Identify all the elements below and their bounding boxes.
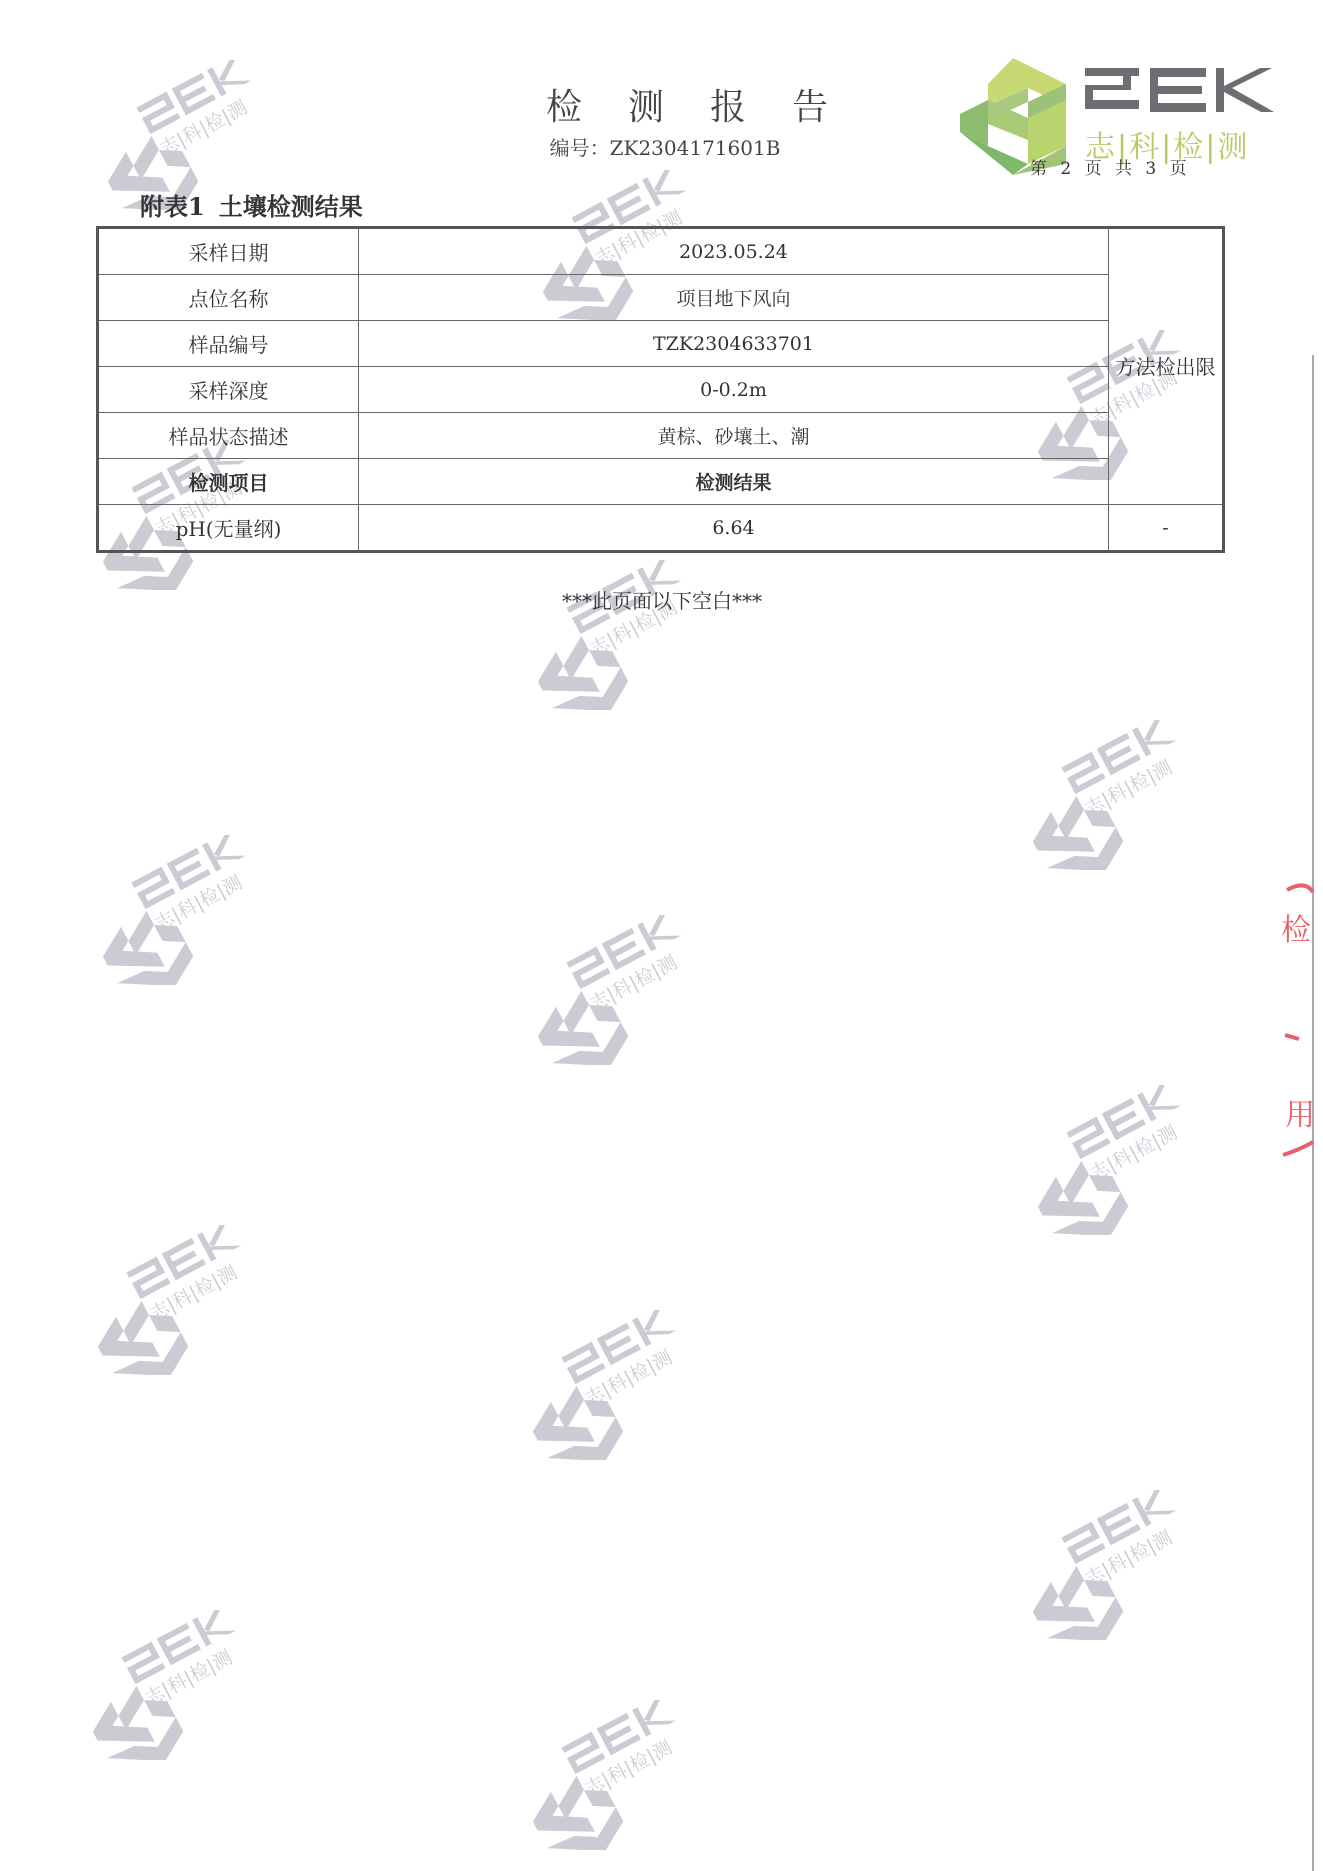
- zek-watermark-icon: 志|科|检|测: [515, 915, 715, 1065]
- table-caption: 附表1土壤检测结果: [140, 191, 363, 223]
- zek-watermark-icon: 志|科|检|测: [510, 1310, 710, 1460]
- table-row: 样品状态描述 黄棕、砂壤土、潮: [98, 413, 1224, 459]
- zek-watermark-icon: 志|科|检|测: [75, 1225, 275, 1375]
- svg-text:志|科|检|测: 志|科|检|测: [147, 1261, 241, 1325]
- mdl-header: 方法检出限: [1109, 228, 1224, 505]
- zek-watermark-icon: 志|科|检|测: [70, 1610, 270, 1760]
- svg-text:志|科|检|测: 志|科|检|测: [587, 951, 681, 1015]
- row-label: 样品编号: [98, 321, 359, 367]
- row-value: 2023.05.24: [359, 228, 1109, 275]
- report-number-value: ZK2304171601B: [610, 136, 781, 160]
- zek-watermark-icon: 志|科|检|测: [510, 1700, 710, 1850]
- result-item: pH(无量纲): [98, 505, 359, 552]
- report-number: 编号：ZK2304171601B: [520, 134, 810, 162]
- table-caption-text: 土壤检测结果: [219, 192, 363, 221]
- header-item: 检测项目: [98, 459, 359, 505]
- svg-text:志|科|检|测: 志|科|检|测: [157, 96, 251, 160]
- soil-results-table: 采样日期 2023.05.24 方法检出限 点位名称 项目地下风向 样品编号 T…: [96, 226, 1225, 553]
- svg-text:志|科|检|测: 志|科|检|测: [1082, 756, 1176, 820]
- row-value: TZK2304633701: [359, 321, 1109, 367]
- header-result: 检测结果: [359, 459, 1109, 505]
- svg-text:志|科|检|测: 志|科|检|测: [1082, 1526, 1176, 1590]
- svg-text:检: 检: [1281, 913, 1311, 948]
- table-row: 点位名称 项目地下风向: [98, 275, 1224, 321]
- zek-watermark-icon: 志|科|检|测: [85, 60, 285, 210]
- result-value: 6.64: [359, 505, 1109, 552]
- table-row: 样品编号 TZK2304633701: [98, 321, 1224, 367]
- table-row: 采样日期 2023.05.24 方法检出限: [98, 228, 1224, 275]
- logo-zek-letters: [1085, 68, 1274, 112]
- report-number-label: 编号：: [550, 136, 610, 160]
- svg-text:志|科|检|测: 志|科|检|测: [1087, 1121, 1181, 1185]
- table-row: pH(无量纲) 6.64 -: [98, 505, 1224, 552]
- row-label: 样品状态描述: [98, 413, 359, 459]
- blank-page-note: ***此页面以下空白***: [400, 587, 924, 615]
- table-caption-number: 附表1: [140, 192, 205, 221]
- table-row: 采样深度 0-0.2m: [98, 367, 1224, 413]
- row-value: 0-0.2m: [359, 367, 1109, 413]
- row-label: 采样深度: [98, 367, 359, 413]
- result-mdl: -: [1109, 505, 1224, 552]
- svg-text:用: 用: [1285, 1098, 1315, 1133]
- svg-text:志|科|检|测: 志|科|检|测: [142, 1646, 236, 1710]
- page-indicator: 第 2 页 共 3 页: [1030, 156, 1191, 182]
- report-title: 检测报告: [500, 86, 830, 130]
- red-seal-stamp: 检 用: [1275, 880, 1315, 1165]
- row-value: 黄棕、砂壤土、潮: [359, 413, 1109, 459]
- zek-watermark-icon: 志|科|检|测: [515, 560, 715, 710]
- svg-text:志|科|检|测: 志|科|检|测: [582, 1736, 676, 1800]
- zek-watermark-icon: 志|科|检|测: [80, 835, 280, 985]
- zek-watermark-icon: 志|科|检|测: [1010, 720, 1210, 870]
- zek-watermark-icon: 志|科|检|测: [1010, 1490, 1210, 1640]
- zek-watermark-icon: 志|科|检|测: [1015, 1085, 1215, 1235]
- row-value: 项目地下风向: [359, 275, 1109, 321]
- row-label: 采样日期: [98, 228, 359, 275]
- table-header-row: 检测项目 检测结果: [98, 459, 1224, 505]
- svg-text:志|科|检|测: 志|科|检|测: [582, 1346, 676, 1410]
- row-label: 点位名称: [98, 275, 359, 321]
- svg-text:志|科|检|测: 志|科|检|测: [152, 871, 246, 935]
